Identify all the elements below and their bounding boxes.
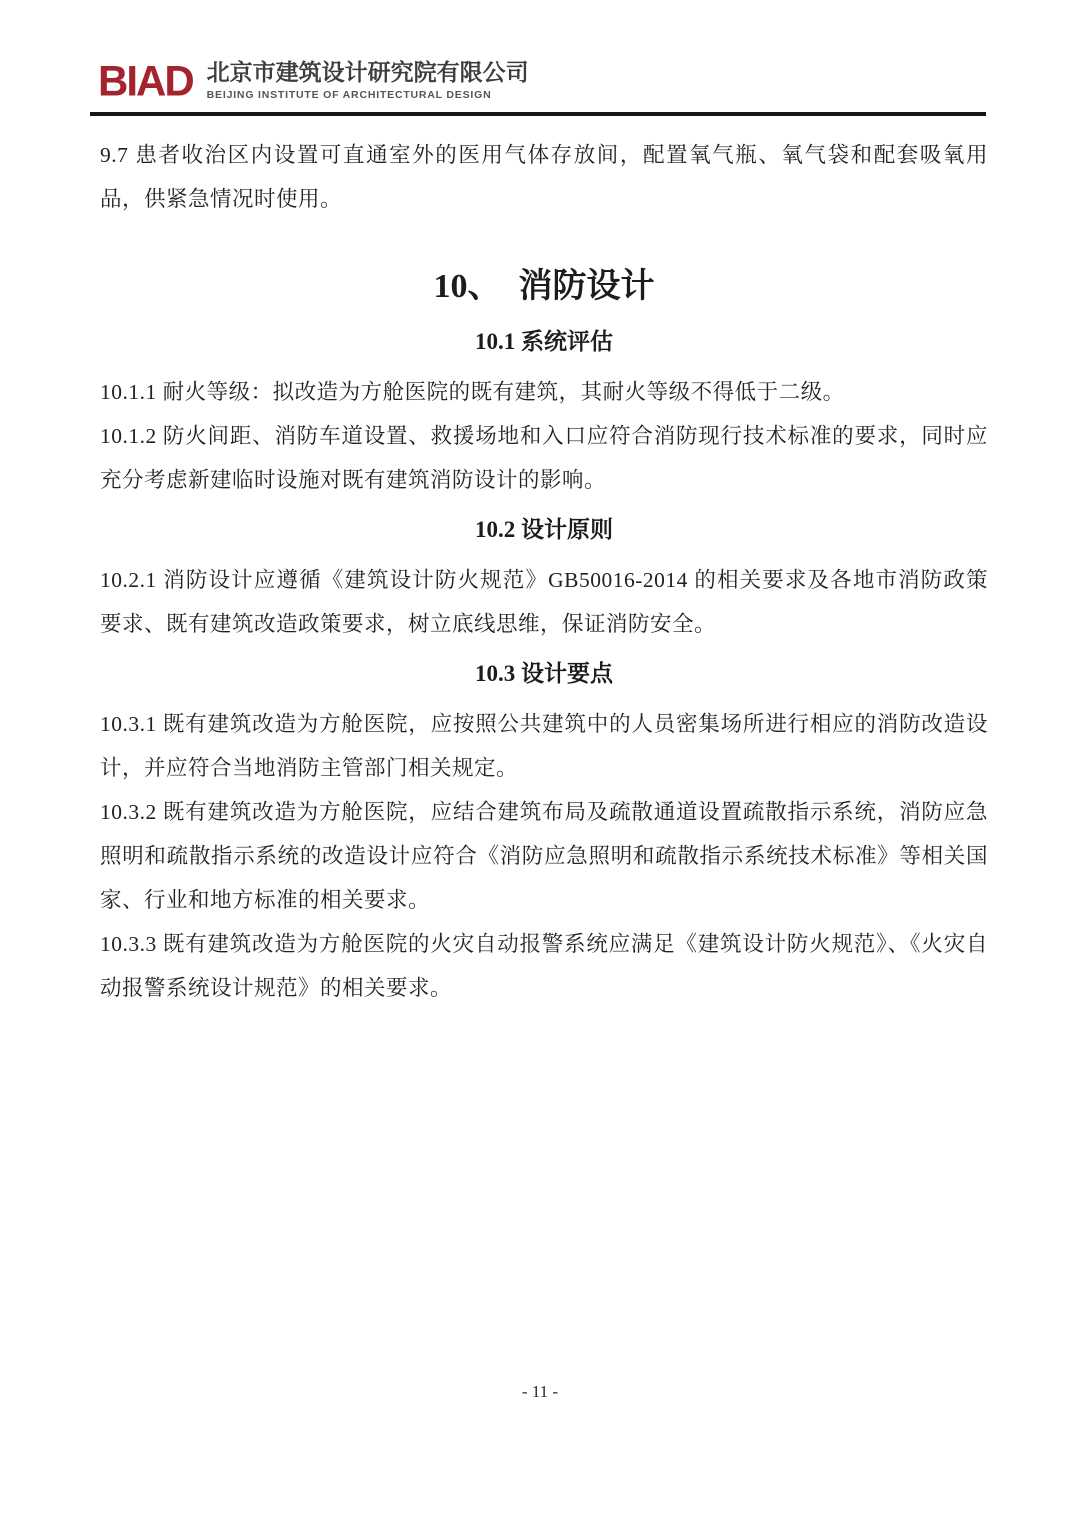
- paragraph-10-1-2: 10.1.2 防火间距、消防车道设置、救援场地和入口应符合消防现行技术标准的要求…: [100, 414, 988, 502]
- page-footer: - 11 -: [0, 1382, 1080, 1402]
- chapter-title: 10、 消防设计: [100, 267, 988, 308]
- document-content: 9.7 患者收治区内设置可直通室外的医用气体存放间，配置氧气瓶、氧气袋和配套吸氧…: [100, 133, 988, 1010]
- paragraph-10-3-1: 10.3.1 既有建筑改造为方舱医院，应按照公共建筑中的人员密集场所进行相应的消…: [100, 702, 988, 790]
- paragraph-10-1-1: 10.1.1 耐火等级：拟改造为方舱医院的既有建筑，其耐火等级不得低于二级。: [100, 370, 988, 414]
- header-divider: [90, 112, 986, 116]
- paragraph-10-3-3: 10.3.3 既有建筑改造为方舱医院的火灾自动报警系统应满足《建筑设计防火规范》…: [100, 922, 988, 1010]
- section-heading-10-3: 10.3 设计要点: [100, 658, 988, 690]
- document-page: BIAD 北京市建筑设计研究院有限公司 BEIJING INSTITUTE OF…: [0, 0, 1080, 1528]
- company-name-block: 北京市建筑设计研究院有限公司 BEIJING INSTITUTE OF ARCH…: [207, 61, 529, 101]
- biad-logo: BIAD: [98, 60, 193, 103]
- paragraph-9-7: 9.7 患者收治区内设置可直通室外的医用气体存放间，配置氧气瓶、氧气袋和配套吸氧…: [100, 133, 988, 221]
- company-name-en: BEIJING INSTITUTE OF ARCHITECTURAL DESIG…: [207, 89, 529, 101]
- paragraph-10-3-2: 10.3.2 既有建筑改造为方舱医院，应结合建筑布局及疏散通道设置疏散指示系统，…: [100, 790, 988, 922]
- paragraph-10-2-1: 10.2.1 消防设计应遵循《建筑设计防火规范》GB50016-2014 的相关…: [100, 558, 988, 646]
- section-heading-10-1: 10.1 系统评估: [100, 326, 988, 358]
- page-number: - 11 -: [522, 1382, 558, 1401]
- company-name-cn: 北京市建筑设计研究院有限公司: [207, 61, 529, 86]
- page-header: BIAD 北京市建筑设计研究院有限公司 BEIJING INSTITUTE OF…: [90, 60, 986, 116]
- section-heading-10-2: 10.2 设计原则: [100, 514, 988, 546]
- logo-row: BIAD 北京市建筑设计研究院有限公司 BEIJING INSTITUTE OF…: [90, 60, 986, 102]
